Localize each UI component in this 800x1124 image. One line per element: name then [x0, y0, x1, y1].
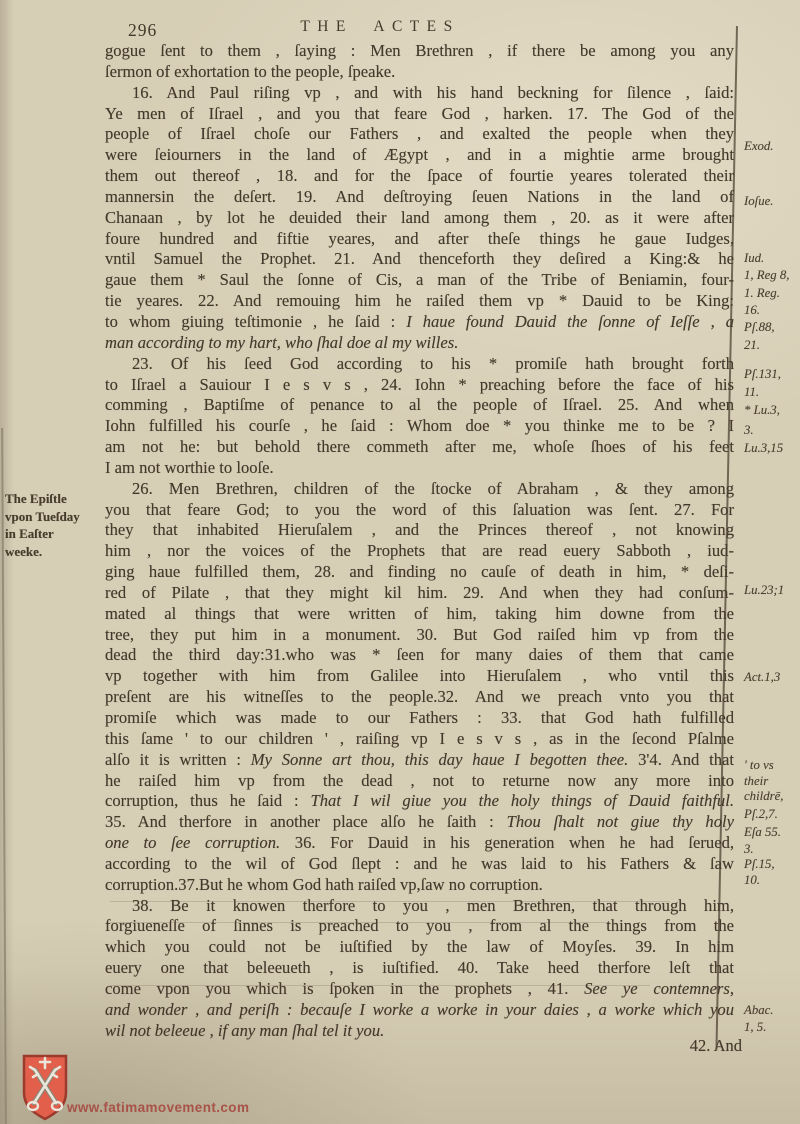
left-margin-note: The Epiſtlevpon Tueſdayin Eaſterweeke. — [5, 490, 103, 560]
body-line: wil not beleeue , if any man ſhal tel it… — [105, 1021, 734, 1042]
body-line: to Iſrael a Sauiour I e s v s , 24. Iohn… — [105, 375, 734, 396]
body-line: were ſeiourners in the land of Ægypt , a… — [105, 145, 734, 166]
scripture-reference: Lu.3,15 — [744, 441, 783, 456]
left-margin-note-line: in Eaſter — [5, 525, 103, 543]
body-line: gaue them * Saul the ſonne of Cis, a man… — [105, 270, 734, 291]
scripture-reference: their — [744, 774, 768, 789]
body-line: preſent are his witneſſes to the people.… — [105, 687, 734, 708]
scripture-reference: Abac. — [744, 1003, 774, 1018]
body-line: 35. And therfore in another place alſo h… — [105, 812, 734, 833]
scripture-reference: 1. Reg. — [744, 286, 780, 301]
scripture-reference: 11. — [744, 385, 759, 400]
body-line: am not he: but behold there commeth afte… — [105, 437, 734, 458]
body-line: mated al things that were written of him… — [105, 604, 734, 625]
body-line: red of Pilate , that they might kil him.… — [105, 583, 734, 604]
left-margin-note-line: vpon Tueſday — [5, 508, 103, 526]
scripture-reference: Act.1,3 — [744, 670, 780, 685]
scripture-reference: 10. — [744, 873, 760, 888]
body-line: gogue ſent to them , ſaying : Men Brethr… — [105, 41, 734, 62]
scripture-reference: Pſ.88, — [744, 320, 775, 335]
scripture-reference: Pſ.131, — [744, 367, 781, 382]
body-line: Iohn fulfilled his courſe , he ſaid : Wh… — [105, 416, 734, 437]
body-line: which you could not be iuſtified by the … — [105, 937, 734, 958]
body-line: tree, they put him in a monument. 30. Bu… — [105, 625, 734, 646]
scripture-reference: Pſ.2,7. — [744, 807, 778, 822]
scripture-reference: 3. — [744, 423, 754, 438]
body-line: comming , Baptiſme of penance to al the … — [105, 395, 734, 416]
body-line: vp together with him from Galilee into H… — [105, 666, 734, 687]
body-line: this ſame ' to our children ' , raiſing … — [105, 729, 734, 750]
body-line: promiſe which was made to our Fathers : … — [105, 708, 734, 729]
body-line: you that feare God; to you the word of t… — [105, 500, 734, 521]
scripture-reference: Exod. — [744, 139, 774, 154]
body-line: and wonder , and periſh : becauſe I work… — [105, 1000, 734, 1021]
running-title: THE ACTES — [0, 18, 760, 36]
scripture-reference: Eſa 55. — [744, 825, 781, 840]
watermark-url: www.fatimamovement.com — [67, 1100, 249, 1115]
body-text: gogue ſent to them , ſaying : Men Brethr… — [105, 41, 734, 1042]
body-line: people of Iſrael choſe our Fathers , and… — [105, 124, 734, 145]
body-line: corruption.37.But he whom God hath raiſe… — [105, 875, 734, 896]
scripture-reference: childrē, — [744, 789, 783, 804]
scanned-book-page: 296 THE ACTES gogue ſent to them , ſayin… — [0, 0, 800, 1124]
scripture-reference: Iud. — [744, 251, 764, 266]
crossed-keys-shield-icon — [22, 1054, 68, 1124]
body-line: ſermon of exhortation to the people, ſpe… — [105, 62, 734, 83]
scripture-reference: 3. — [744, 842, 754, 857]
scripture-reference: 21. — [744, 338, 760, 353]
body-line: I am not worthie to looſe. — [105, 458, 734, 479]
body-line: man according to my hart, who ſhal doe a… — [105, 333, 734, 354]
scripture-reference: 16. — [744, 303, 760, 318]
body-line: to whom giuing teſtimonie , he ſaid : I … — [105, 312, 734, 333]
body-line: come vpon you which is ſpoken in the pro… — [105, 979, 734, 1000]
body-line: according to the wil of God ſlept : and … — [105, 854, 734, 875]
body-line: one to ſee corruption. 36. For Dauid in … — [105, 833, 734, 854]
body-line: foure hundred and fiftie yeares, and aft… — [105, 229, 734, 250]
body-line: euery one that beleeueth , is iuſtified.… — [105, 958, 734, 979]
scripture-reference: * Lu.3, — [744, 403, 780, 418]
body-line: ging haue fulfilled them, 28. and findin… — [105, 562, 734, 583]
scripture-reference: 1, 5. — [744, 1020, 766, 1035]
body-line: 38. Be it knowen therfore to you , men B… — [105, 896, 734, 917]
scripture-reference: ' to vs — [744, 758, 774, 773]
body-line: dead the third day:31.who was * ſeen for… — [105, 645, 734, 666]
body-line: he raiſed him vp from the dead , not to … — [105, 771, 734, 792]
body-line: corruption, thus he ſaid : That I wil gi… — [105, 791, 734, 812]
left-margin-note-line: The Epiſtle — [5, 490, 103, 508]
scripture-reference: Lu.23;1 — [744, 583, 784, 598]
body-line: 16. And Paul riſing vp , and with his ha… — [105, 83, 734, 104]
body-line: alſo it is written : My Sonne art thou, … — [105, 750, 734, 771]
body-line: 26. Men Brethren, children of the ſtocke… — [105, 479, 734, 500]
body-line: Chanaan , by lot he deuided their land a… — [105, 208, 734, 229]
scripture-reference: 1, Reg 8, — [744, 268, 790, 283]
body-line: vntil Samuel the Prophet. 21. And thence… — [105, 249, 734, 270]
body-line: mannersin the deſert. 19. And deſtroying… — [105, 187, 734, 208]
body-line: they that inhabited Hieruſalem , and the… — [105, 520, 734, 541]
scripture-reference: Ioſue. — [744, 194, 774, 209]
body-line: him , nor the voices of the Prophets tha… — [105, 541, 734, 562]
body-line: 23. Of his ſeed God according to his * p… — [105, 354, 734, 375]
body-line: tie yeares. 22. And remouing him he raiſ… — [105, 291, 734, 312]
body-line: them out thereof , 18. and for the ſpace… — [105, 166, 734, 187]
body-line: forgiueneſſe of ſinnes is preached to yo… — [105, 916, 734, 937]
left-margin-note-line: weeke. — [5, 543, 103, 561]
scripture-reference: Pſ.15, — [744, 857, 775, 872]
body-line: Ye men of Iſrael , and you that feare Go… — [105, 104, 734, 125]
